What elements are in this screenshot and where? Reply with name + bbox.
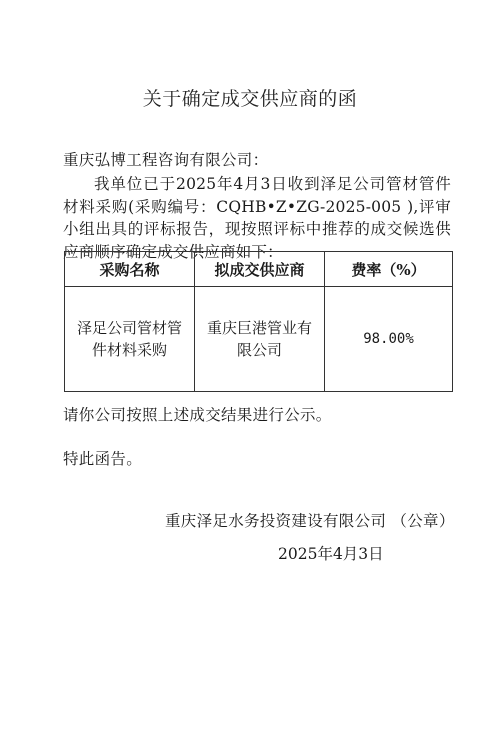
header-procurement-name: 采购名称 (65, 252, 195, 287)
award-table: 采购名称 拟成交供应商 费率（%） 泽足公司管材管件材料采购 重庆巨港管业有限公… (64, 251, 453, 392)
cell-rate: 98.00% (325, 287, 453, 392)
header-rate: 费率（%） (325, 252, 453, 287)
closing-line: 特此函告。 (63, 447, 142, 469)
request-line: 请你公司按照上述成交结果进行公示。 (63, 403, 332, 425)
signature-date: 2025年4月3日 (278, 542, 384, 564)
header-supplier: 拟成交供应商 (195, 252, 325, 287)
cell-supplier: 重庆巨港管业有限公司 (195, 287, 325, 392)
document-title: 关于确定成交供应商的函 (0, 84, 500, 111)
cell-procurement-name: 泽足公司管材管件材料采购 (65, 287, 195, 392)
table-row: 泽足公司管材管件材料采购 重庆巨港管业有限公司 98.00% (65, 287, 453, 392)
body-paragraph: 我单位已于2025年4月3日收到泽足公司管材管件材料采购(采购编号：CQHB•Z… (63, 173, 451, 263)
addressee: 重庆弘博工程咨询有限公司： (63, 148, 268, 170)
signatory: 重庆泽足水务投资建设有限公司 （公章） (165, 509, 455, 531)
table-header-row: 采购名称 拟成交供应商 费率（%） (65, 252, 453, 287)
